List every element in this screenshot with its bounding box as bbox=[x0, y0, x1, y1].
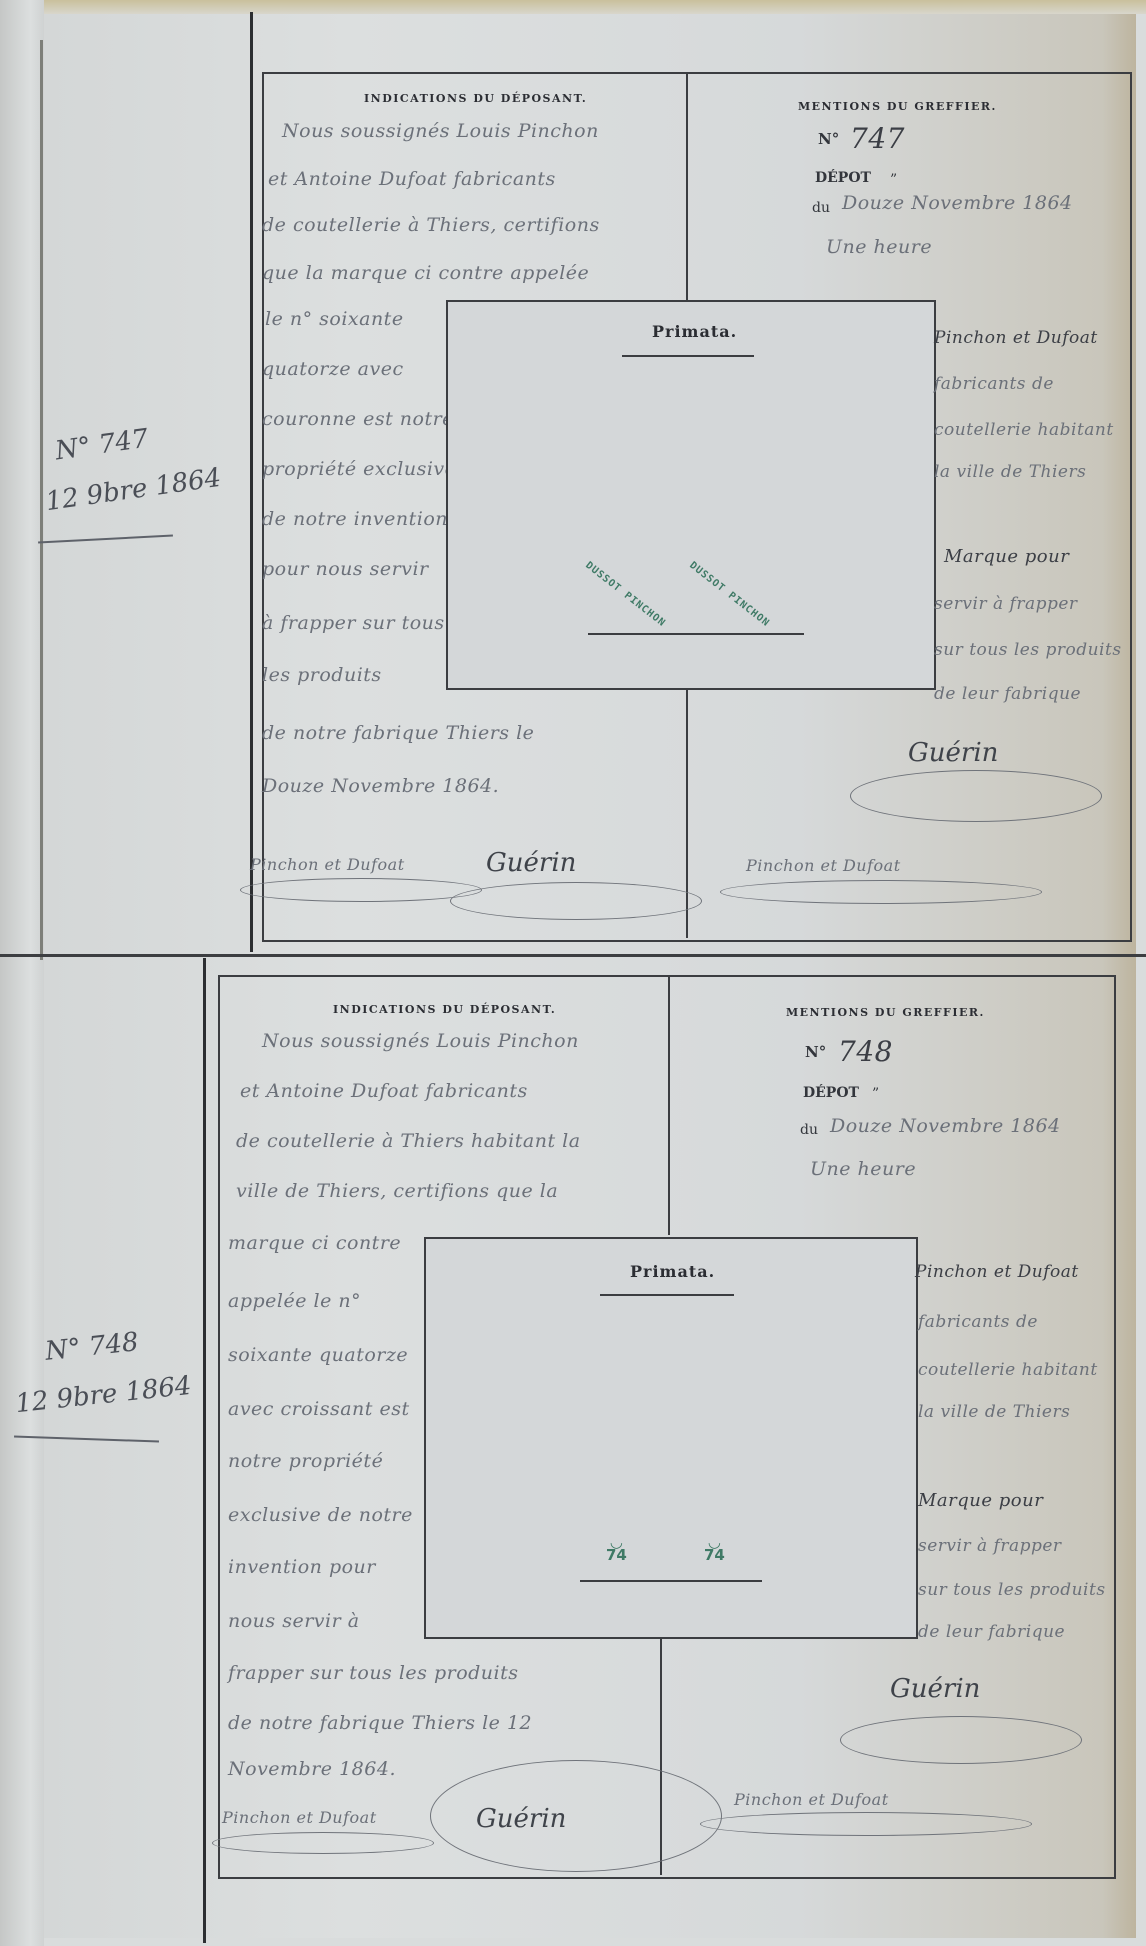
declarant-line: propriété exclusive bbox=[262, 458, 456, 480]
deposit-number: 747 bbox=[850, 122, 905, 155]
declarant-line: avec croissant est bbox=[228, 1398, 410, 1420]
signature-flourish bbox=[212, 1832, 434, 1854]
registrar-line: fabricants de bbox=[918, 1312, 1038, 1332]
registrar-header: MENTIONS DU GREFFIER. bbox=[786, 1006, 985, 1019]
stamp-number: 74 bbox=[606, 1546, 627, 1564]
declarant-line: de notre invention bbox=[262, 508, 448, 530]
du-label: du bbox=[800, 1122, 818, 1138]
declarant-line: invention pour bbox=[228, 1556, 376, 1578]
page-edge-stain bbox=[0, 0, 1146, 14]
du-label: du bbox=[812, 200, 830, 216]
stamp-baseline bbox=[580, 1580, 762, 1582]
trademark-stamp-right: ◡74 bbox=[704, 1536, 725, 1562]
declarant-line: ville de Thiers, certifions que la bbox=[236, 1180, 558, 1202]
registrar-line: Pinchon et Dufoat bbox=[934, 328, 1098, 348]
registrar-line: de leur fabrique bbox=[934, 684, 1081, 704]
depot-label: DÉPOT bbox=[803, 1085, 859, 1101]
declarant-line: Douze Novembre 1864. bbox=[262, 775, 499, 797]
registrar-line: sur tous les produits bbox=[918, 1580, 1106, 1600]
registrar-line: Marque pour bbox=[944, 546, 1069, 567]
signature-flourish bbox=[240, 878, 482, 902]
trademark-box-748 bbox=[424, 1237, 918, 1639]
declarant-line: marque ci contre bbox=[228, 1232, 401, 1254]
depositor-header: INDICATIONS DU DÉPOSANT. bbox=[333, 1003, 556, 1016]
declarant-line: à frapper sur tous bbox=[262, 612, 445, 634]
registrar-line: sur tous les produits bbox=[934, 640, 1122, 660]
book-binding bbox=[0, 0, 44, 1946]
signature-flourish bbox=[850, 770, 1102, 822]
deposit-number: 748 bbox=[838, 1035, 893, 1068]
declarant-line: frapper sur tous les produits bbox=[228, 1662, 519, 1684]
declarant-line: de notre fabrique Thiers le bbox=[262, 722, 534, 744]
depot-mark: ” bbox=[890, 172, 897, 188]
depositor-signature-left: Pinchon et Dufoat bbox=[250, 855, 405, 874]
depositor-header: INDICATIONS DU DÉPOSANT. bbox=[364, 92, 587, 105]
signature-flourish bbox=[700, 1812, 1032, 1836]
registrar-line: coutellerie habitant bbox=[918, 1360, 1098, 1380]
stamp-baseline bbox=[588, 633, 804, 635]
greffier-signature-right: Guérin bbox=[908, 738, 998, 768]
deposit-date: Douze Novembre 1864 bbox=[842, 192, 1073, 214]
greffier-signature-right: Guérin bbox=[890, 1674, 980, 1704]
declarant-line: soixante quatorze bbox=[228, 1344, 408, 1366]
deposit-hour: Une heure bbox=[810, 1158, 916, 1180]
registrar-line: coutellerie habitant bbox=[934, 420, 1114, 440]
declarant-line: nous servir à bbox=[228, 1610, 360, 1632]
title-underline bbox=[622, 355, 754, 357]
registrar-line: servir à frapper bbox=[918, 1536, 1062, 1556]
registrar-line: de leur fabrique bbox=[918, 1622, 1065, 1642]
declarant-line: Novembre 1864. bbox=[228, 1758, 396, 1780]
registrar-line: Marque pour bbox=[918, 1490, 1043, 1511]
declarant-line: de coutellerie à Thiers, certifions bbox=[262, 214, 600, 236]
declarant-line: Nous soussignés Louis Pinchon bbox=[262, 1030, 579, 1052]
margin-rule-bottom bbox=[203, 958, 206, 1943]
registrar-header: MENTIONS DU GREFFIER. bbox=[798, 100, 997, 113]
column-divider-top bbox=[668, 975, 670, 1235]
depositor-signature-right: Pinchon et Dufoat bbox=[746, 856, 901, 875]
column-divider-top bbox=[686, 72, 688, 302]
registrar-line: servir à frapper bbox=[934, 594, 1078, 614]
deposit-hour: Une heure bbox=[826, 236, 932, 258]
depot-mark: ” bbox=[872, 1086, 879, 1102]
declarant-line: Nous soussignés Louis Pinchon bbox=[282, 120, 599, 142]
declarant-line: que la marque ci contre appelée bbox=[262, 262, 589, 284]
declarant-line: quatorze avec bbox=[262, 358, 404, 380]
depot-label: DÉPOT bbox=[815, 170, 871, 186]
declarant-line: couronne est notre bbox=[262, 408, 454, 430]
stamp-number: 74 bbox=[704, 1546, 725, 1564]
title-underline bbox=[600, 1294, 734, 1296]
declarant-line: de notre fabrique Thiers le 12 bbox=[228, 1712, 532, 1734]
declarant-line: pour nous servir bbox=[262, 558, 429, 580]
deposit-date: Douze Novembre 1864 bbox=[830, 1115, 1061, 1137]
number-label: N° bbox=[805, 1043, 826, 1061]
declarant-line: et Antoine Dufoat fabricants bbox=[240, 1080, 528, 1102]
declarant-line: les produits bbox=[262, 664, 382, 686]
entry-separator bbox=[0, 954, 1146, 957]
registrar-line: Pinchon et Dufoat bbox=[915, 1262, 1079, 1282]
trademark-stamp-left: ◡74 bbox=[606, 1536, 627, 1562]
number-label: N° bbox=[818, 130, 839, 148]
declarant-line: le n° soixante bbox=[265, 308, 404, 330]
registrar-line: fabricants de bbox=[934, 374, 1054, 394]
declarant-line: exclusive de notre bbox=[228, 1504, 413, 1526]
signature-flourish bbox=[430, 1760, 722, 1872]
declarant-line: et Antoine Dufoat fabricants bbox=[268, 168, 556, 190]
declarant-line: appelée le n° bbox=[228, 1290, 361, 1312]
signature-flourish bbox=[840, 1716, 1082, 1764]
binding-fold-line bbox=[40, 40, 43, 960]
mark-title: Primata. bbox=[652, 322, 737, 341]
declarant-line: notre propriété bbox=[228, 1450, 383, 1472]
registrar-line: la ville de Thiers bbox=[918, 1402, 1070, 1422]
trademark-box-747 bbox=[446, 300, 936, 690]
registrar-line: la ville de Thiers bbox=[934, 462, 1086, 482]
margin-rule-top bbox=[250, 12, 253, 952]
mark-title: Primata. bbox=[630, 1262, 715, 1281]
signature-flourish bbox=[720, 880, 1042, 904]
declarant-line: de coutellerie à Thiers habitant la bbox=[236, 1130, 581, 1152]
signature-flourish bbox=[450, 882, 702, 920]
greffier-signature-left: Guérin bbox=[486, 848, 576, 878]
depositor-signature-right: Pinchon et Dufoat bbox=[734, 1790, 889, 1809]
depositor-signature-left: Pinchon et Dufoat bbox=[222, 1808, 377, 1827]
